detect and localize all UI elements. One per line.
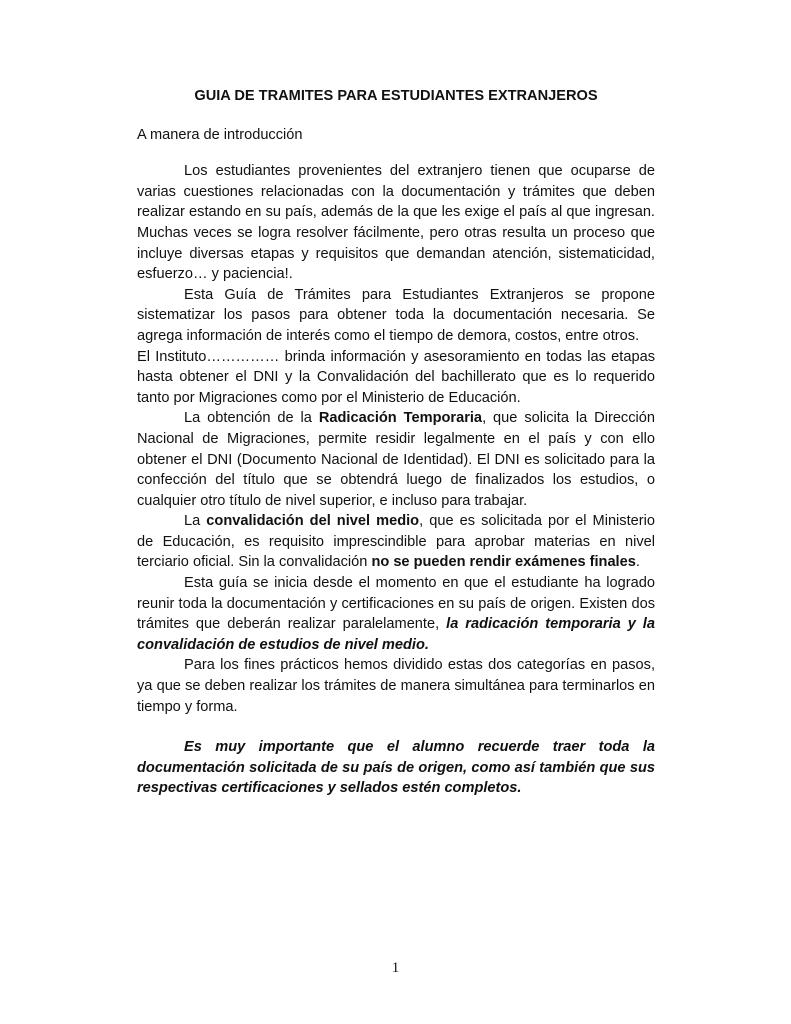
bold-text: Radicación Temporaria	[319, 410, 482, 426]
page-number: 1	[0, 960, 791, 977]
paragraph-radicacion: La obtención de la Radicación Temporaria…	[137, 408, 655, 511]
section-heading: A manera de introducción	[137, 125, 655, 146]
page-content: GUIA DE TRAMITES PARA ESTUDIANTES EXTRAN…	[137, 86, 655, 799]
text: .	[636, 554, 640, 570]
paragraph-convalidacion: La convalidación del nivel medio, que es…	[137, 511, 655, 573]
document-title: GUIA DE TRAMITES PARA ESTUDIANTES EXTRAN…	[137, 86, 655, 107]
paragraph-steps: Para los fines prácticos hemos dividido …	[137, 655, 655, 717]
text: La obtención de la	[184, 410, 319, 426]
paragraph-intro: Los estudiantes provenientes del extranj…	[137, 161, 655, 285]
document-page: GUIA DE TRAMITES PARA ESTUDIANTES EXTRAN…	[0, 0, 791, 1024]
paragraph-important-note: Es muy importante que el alumno recuerde…	[137, 737, 655, 799]
bold-text: no se pueden rendir exámenes finales	[371, 554, 635, 570]
spacer	[137, 717, 655, 737]
text: La	[184, 513, 206, 529]
paragraph-institute: El Instituto…………… brinda información y a…	[137, 347, 655, 409]
paragraph-guide-start: Esta guía se inicia desde el momento en …	[137, 573, 655, 655]
paragraph-guide-purpose: Esta Guía de Trámites para Estudiantes E…	[137, 285, 655, 347]
bold-text: convalidación del nivel medio	[206, 513, 419, 529]
